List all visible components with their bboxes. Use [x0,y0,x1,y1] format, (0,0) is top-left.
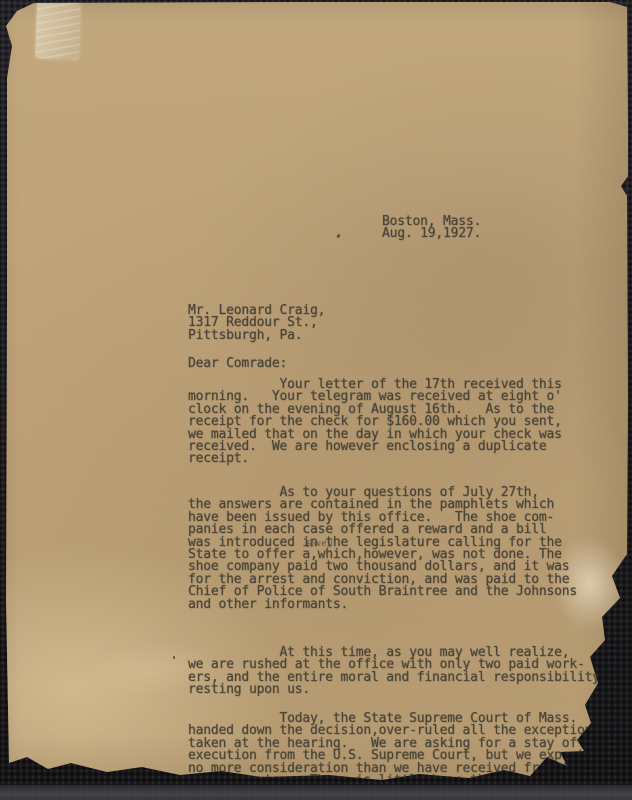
letter-paper: Boston, Mass. Aug. 19,1927. Mr. Leonard … [0,0,632,800]
ink-speck [336,234,341,239]
paragraph-1: Your letter of the 17th received this mo… [188,379,562,466]
paragraph-3: At this time, as you may well realize, w… [188,647,600,697]
dateline: Boston, Mass. Aug. 19,1927. [382,216,481,241]
tape-repair-patch [35,1,81,60]
ink-speck [173,656,175,659]
photo-backdrop: Boston, Mass. Aug. 19,1927. Mr. Leonard … [0,0,632,800]
salutation: Dear Comrade: [188,358,287,370]
recipient-address: Mr. Leonard Craig, 1317 Reddour St., Pit… [188,305,325,342]
paragraph-2: As to your questions of July 27th, the a… [188,487,577,611]
backdrop-bottom-band [0,785,632,800]
